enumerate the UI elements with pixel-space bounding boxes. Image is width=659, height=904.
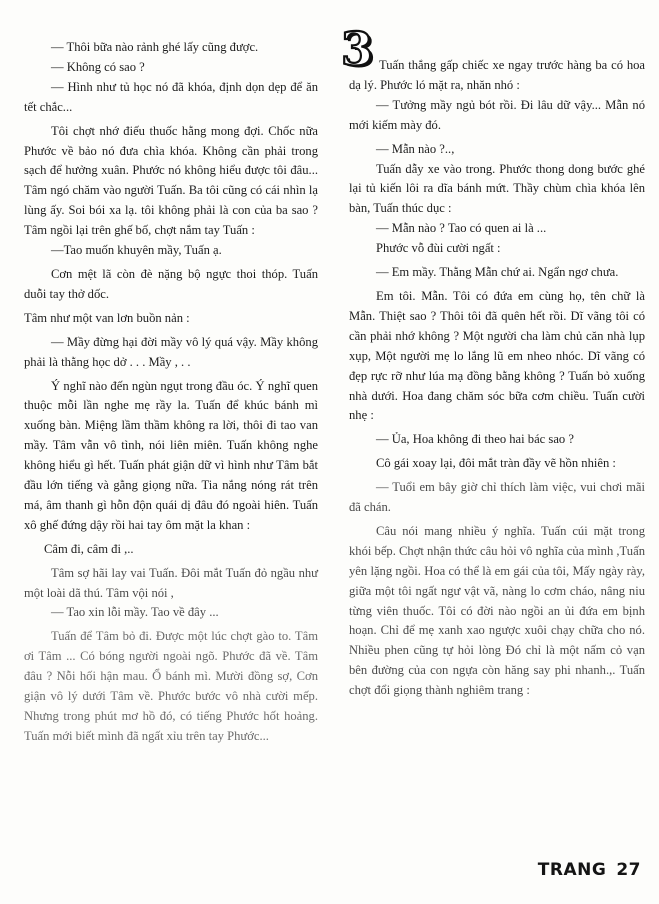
page-number: TRANG27 xyxy=(538,860,641,880)
page-label: TRANG xyxy=(538,860,607,880)
dialogue-line: — Mầy đừng hại đời mầy vô lý quá vậy. Mầ… xyxy=(24,333,318,373)
paragraph: Phước vỗ đùi cười ngất : xyxy=(349,239,645,259)
dialogue-line: — Tao xin lỗi mầy. Tao về đây ... xyxy=(24,603,318,623)
dialogue-line: — Ủa, Hoa không đi theo hai bác sao ? xyxy=(349,430,645,450)
dialogue-line: —Tao muốn khuyên mầy, Tuấn ạ. xyxy=(24,241,318,261)
dialogue-line: — Mẫn nào ?.., xyxy=(349,140,645,160)
dialogue-line: — Hình như tủ học nó đã khóa, định dọn d… xyxy=(24,78,318,118)
paragraph: Tôi chợt nhớ điếu thuốc hằng mong đợi. C… xyxy=(24,122,318,241)
paragraph: Tuấn dẫy xe vào trong. Phước thong dong … xyxy=(349,160,645,220)
paragraph: Tâm như một van lơn buồn nản : xyxy=(24,309,318,329)
paragraph: Cô gái xoay lại, đôi mắt tràn đầy vẽ hồn… xyxy=(349,454,645,474)
paragraph: Tuấn để Tâm bỏ đi. Được một lúc chợt gào… xyxy=(24,627,318,746)
dialogue-line: — Không có sao ? xyxy=(24,58,318,78)
page-number-value: 27 xyxy=(616,860,641,880)
dialogue-line: Câm đi, câm đi ,.. xyxy=(24,540,318,560)
right-text-column: Tuấn thắng gấp chiếc xe ngay trước hàng … xyxy=(349,56,645,701)
paragraph: Cơn mệt lã còn đè nặng bộ ngực thoi thóp… xyxy=(24,265,318,305)
dialogue-line: — Thôi bữa nào rảnh ghé lấy cũng được. xyxy=(24,38,318,58)
paragraph: Tâm sợ hãi lay vai Tuấn. Đôi mắt Tuấn đỏ… xyxy=(24,564,318,604)
dialogue-line: — Tuổi em bây giờ chỉ thích làm việc, vu… xyxy=(349,478,645,518)
paragraph: Câu nói mang nhiều ý nghĩa. Tuấn cúi mặt… xyxy=(349,522,645,701)
dialogue-line: — Tưởng mầy ngủ bót rồi. Đi lâu dữ vậy..… xyxy=(349,96,645,136)
left-text-column: — Thôi bữa nào rảnh ghé lấy cũng được. —… xyxy=(24,38,318,747)
paragraph: Tuấn thắng gấp chiếc xe ngay trước hàng … xyxy=(349,56,645,96)
dialogue-line: — Mẫn nào ? Tao có quen ai là ... xyxy=(349,219,645,239)
paragraph: Ý nghĩ nào đến ngùn ngụt trong đầu óc. Ý… xyxy=(24,377,318,536)
dialogue-line: — Em mầy. Thằng Mẫn chứ ai. Ngẩn ngơ chư… xyxy=(349,263,645,283)
paragraph: Em tôi. Mẫn. Tôi có đứa em cùng họ, tên … xyxy=(349,287,645,426)
